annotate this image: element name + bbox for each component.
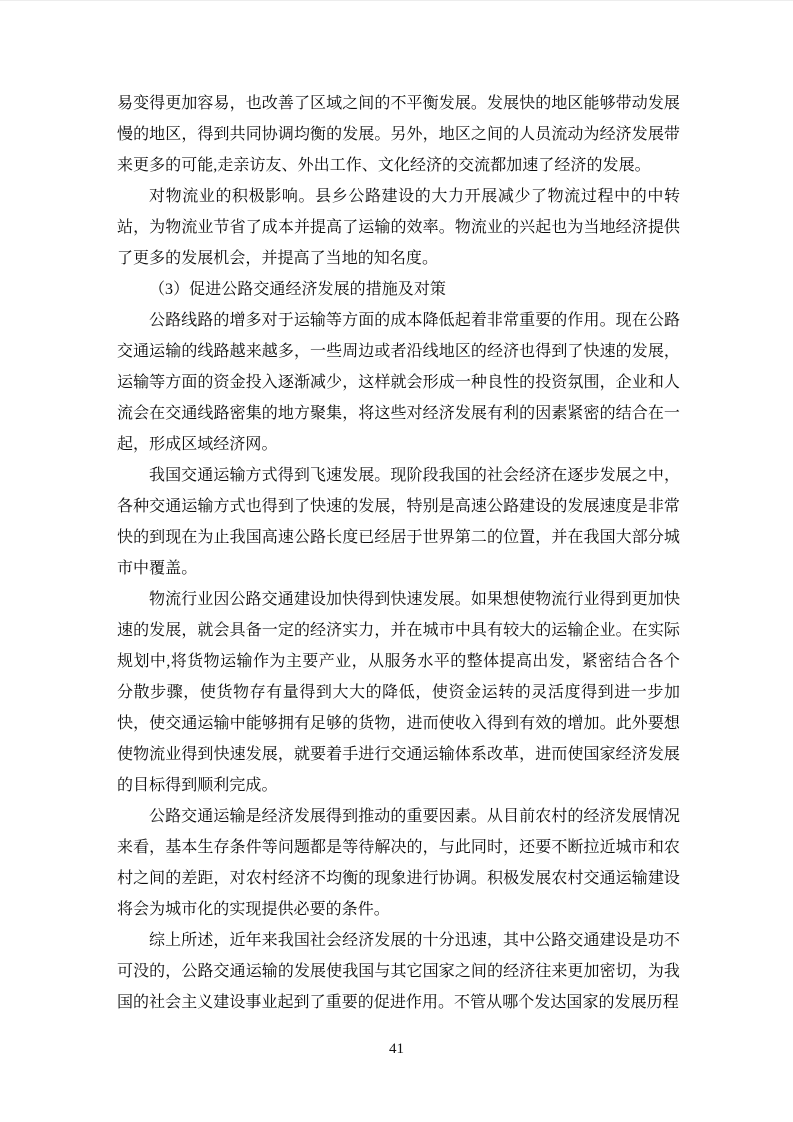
document-body: 易变得更加容易，也改善了区域之间的不平衡发展。发展快的地区能够带动发展慢的地区，… xyxy=(117,88,680,1018)
paragraph: 综上所述，近年来我国社会经济发展的十分迅速，其中公路交通建设是功不可没的，公路交… xyxy=(117,925,680,1018)
paragraph: 公路线路的增多对于运输等方面的成本降低起着非常重要的作用。现在公路交通运输的线路… xyxy=(117,305,680,460)
paragraph: 易变得更加容易，也改善了区域之间的不平衡发展。发展快的地区能够带动发展慢的地区，… xyxy=(117,88,680,181)
document-page: 易变得更加容易，也改善了区域之间的不平衡发展。发展快的地区能够带动发展慢的地区，… xyxy=(0,0,793,1122)
paragraph: 公路交通运输是经济发展得到推动的重要因素。从目前农村的经济发展情况来看，基本生存… xyxy=(117,801,680,925)
paragraph: 我国交通运输方式得到飞速发展。现阶段我国的社会经济在逐步发展之中，各种交通运输方… xyxy=(117,460,680,584)
section-heading: （3）促进公路交通经济发展的措施及对策 xyxy=(117,274,680,305)
page-number: 41 xyxy=(0,1041,793,1058)
paragraph: 物流行业因公路交通建设加快得到快速发展。如果想使物流行业得到更加快速的发展，就会… xyxy=(117,584,680,801)
paragraph: 对物流业的积极影响。县乡公路建设的大力开展减少了物流过程中的中转站，为物流业节省… xyxy=(117,181,680,274)
